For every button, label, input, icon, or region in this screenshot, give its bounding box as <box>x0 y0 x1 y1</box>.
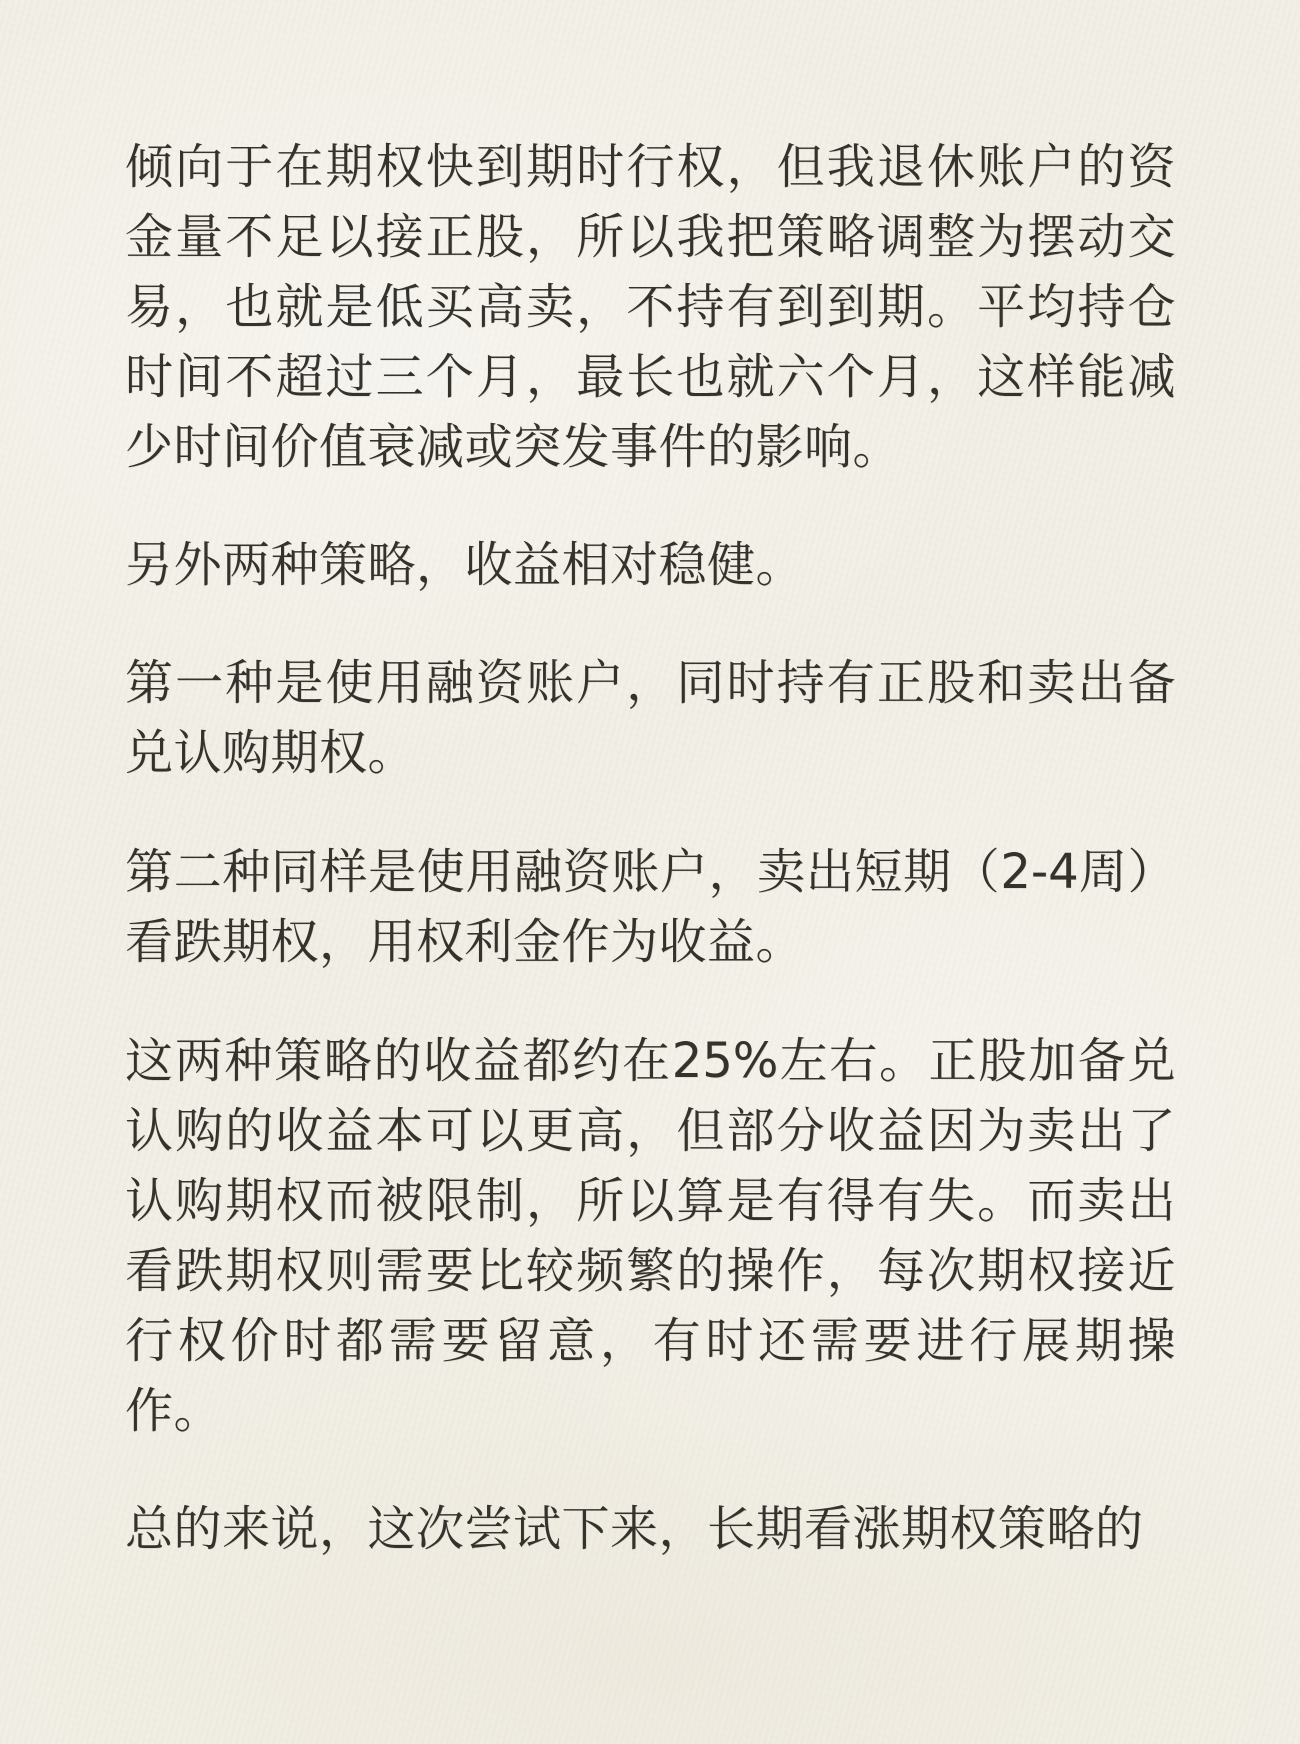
paragraph-2: 另外两种策略，收益相对稳健。 <box>125 531 1176 601</box>
paragraph-3: 第一种是使用融资账户，同时持有正股和卖出备兑认购期权。 <box>125 649 1176 789</box>
paragraph-1: 倾向于在期权快到期时行权，但我退休账户的资金量不足以接正股，所以我把策略调整为摆… <box>125 133 1176 483</box>
paragraph-4: 第二种同样是使用融资账户，卖出短期（2-4周）看跌期权，用权利金作为收益。 <box>125 837 1176 978</box>
paragraph-6: 总的来说，这次尝试下来，长期看涨期权策略的 <box>125 1495 1176 1565</box>
paragraph-5: 这两种策略的收益都约在25%左右。正股加备兑认购的收益本可以更高，但部分收益因为… <box>125 1026 1176 1447</box>
article-page: 倾向于在期权快到期时行权，但我退休账户的资金量不足以接正股，所以我把策略调整为摆… <box>0 0 1300 1565</box>
